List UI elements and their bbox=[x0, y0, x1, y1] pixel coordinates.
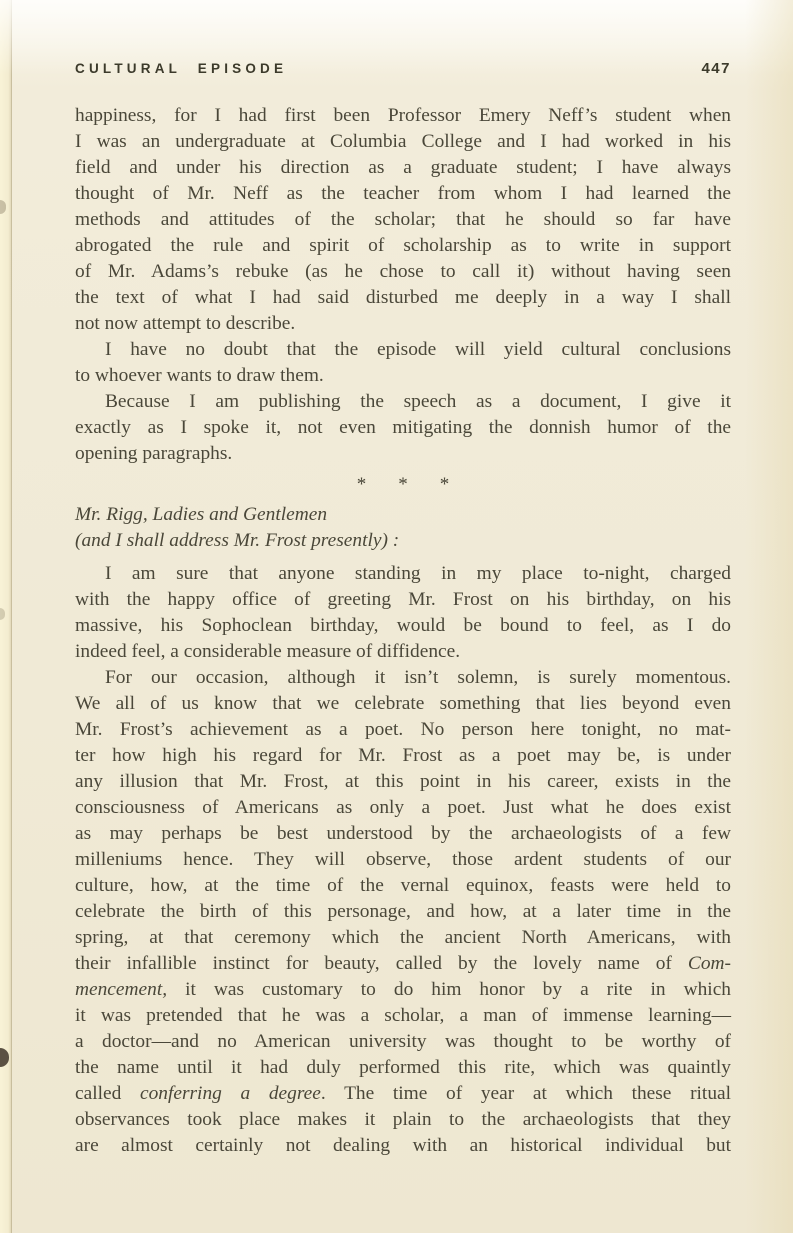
paragraph: I am sure that anyone standing in my pla… bbox=[75, 561, 731, 665]
paragraph: For our occasion, although it isn’t sole… bbox=[75, 665, 731, 1159]
text-segment: any illusion that Mr. Frost, at this poi… bbox=[75, 771, 731, 792]
text-line: milleniums hence. They will observe, tho… bbox=[75, 847, 731, 873]
text-segment: exactly as I spoke it, not even mitigati… bbox=[75, 417, 731, 438]
text-line: abrogated the rule and spirit of scholar… bbox=[75, 233, 731, 259]
text-segment: milleniums hence. They will observe, tho… bbox=[75, 849, 731, 870]
text-line: For our occasion, although it isn’t sole… bbox=[75, 665, 731, 691]
text-segment: spring, at that ceremony which the ancie… bbox=[75, 927, 731, 948]
text-line: of Mr. Adams’s rebuke (as he chose to ca… bbox=[75, 259, 731, 285]
page-content: CULTURAL EPISODE 447 happiness, for I ha… bbox=[75, 60, 731, 1159]
paragraph: I have no doubt that the episode will yi… bbox=[75, 337, 731, 389]
text-segment: Mr. Rigg, Ladies and Gentlemen bbox=[75, 504, 327, 525]
text-segment: opening paragraphs. bbox=[75, 443, 232, 464]
star-glyph: * bbox=[398, 472, 408, 498]
text-line: as may perhaps be best understood by the… bbox=[75, 821, 731, 847]
text-segment: I have no doubt that the episode will yi… bbox=[105, 339, 731, 360]
text-line: happiness, for I had first been Professo… bbox=[75, 103, 731, 129]
text-line: their infallible instinct for beauty, ca… bbox=[75, 951, 731, 977]
text-segment: I was an undergraduate at Columbia Colle… bbox=[75, 131, 731, 152]
text-line: spring, at that ceremony which the ancie… bbox=[75, 925, 731, 951]
text-segment: with the happy office of greeting Mr. Fr… bbox=[75, 589, 731, 610]
text-segment: as may perhaps be best understood by the… bbox=[75, 823, 731, 844]
scan-right-shading bbox=[745, 0, 793, 1233]
text-line: (and I shall address Mr. Frost presently… bbox=[75, 528, 731, 554]
text-line: indeed feel, a considerable measure of d… bbox=[75, 639, 731, 665]
text-segment: massive, his Sophoclean birthday, would … bbox=[75, 615, 731, 636]
text-line: I was an undergraduate at Columbia Colle… bbox=[75, 129, 731, 155]
text-segment: the text of what I had said disturbed me… bbox=[75, 287, 731, 308]
text-line: are almost certainly not dealing with an… bbox=[75, 1133, 731, 1159]
text-line: to whoever wants to draw them. bbox=[75, 363, 731, 389]
text-line: not now attempt to describe. bbox=[75, 311, 731, 337]
text-line: it was pretended that he was a scholar, … bbox=[75, 1003, 731, 1029]
text-segment: Because I am publishing the speech as a … bbox=[105, 391, 731, 412]
text-segment: the name until it had duly performed thi… bbox=[75, 1057, 731, 1078]
text-segment: field and under his direction as a gradu… bbox=[75, 157, 731, 178]
text-line: exactly as I spoke it, not even mitigati… bbox=[75, 415, 731, 441]
text-segment: (and I shall address Mr. Frost presently… bbox=[75, 530, 399, 551]
text-line: thought of Mr. Neff as the teacher from … bbox=[75, 181, 731, 207]
text-segment: a doctor—and no American university was … bbox=[75, 1031, 731, 1052]
text-segment: indeed feel, a considerable measure of d… bbox=[75, 641, 460, 662]
text-line: any illusion that Mr. Frost, at this poi… bbox=[75, 769, 731, 795]
text-segment: consciousness of Americans as only a poe… bbox=[75, 797, 731, 818]
text-line: We all of us know that we celebrate some… bbox=[75, 691, 731, 717]
text-segment: their infallible instinct for beauty, ca… bbox=[75, 953, 688, 974]
text-line: field and under his direction as a gradu… bbox=[75, 155, 731, 181]
text-segment: For our occasion, although it isn’t sole… bbox=[105, 667, 731, 688]
text-line: massive, his Sophoclean birthday, would … bbox=[75, 613, 731, 639]
page-sheet: CULTURAL EPISODE 447 happiness, for I ha… bbox=[0, 0, 793, 1233]
text-line: a doctor—and no American university was … bbox=[75, 1029, 731, 1055]
text-segment: are almost certainly not dealing with an… bbox=[75, 1135, 731, 1156]
text-segment: thought of Mr. Neff as the teacher from … bbox=[75, 183, 731, 204]
text-segment: celebrate the birth of this personage, a… bbox=[75, 901, 731, 922]
text-segment: it was customary to do him honor by a ri… bbox=[167, 979, 731, 1000]
text-segment: observances took place makes it plain to… bbox=[75, 1109, 731, 1130]
page-body: happiness, for I had first been Professo… bbox=[75, 103, 731, 1159]
text-line: methods and attitudes of the scholar; th… bbox=[75, 207, 731, 233]
text-line: I have no doubt that the episode will yi… bbox=[75, 337, 731, 363]
text-segment: culture, how, at the time of the vernal … bbox=[75, 875, 731, 896]
paragraph: Because I am publishing the speech as a … bbox=[75, 389, 731, 467]
paragraph: Mr. Rigg, Ladies and Gentlemen(and I sha… bbox=[75, 502, 731, 554]
text-segment: Com- bbox=[688, 953, 731, 974]
stars-separator: *** bbox=[75, 472, 731, 498]
text-segment: called bbox=[75, 1083, 140, 1104]
text-line: culture, how, at the time of the vernal … bbox=[75, 873, 731, 899]
text-segment: abrogated the rule and spirit of scholar… bbox=[75, 235, 731, 256]
text-segment: ter how high his regard for Mr. Frost as… bbox=[75, 745, 731, 766]
text-line: mencement, it was customary to do him ho… bbox=[75, 977, 731, 1003]
text-segment: We all of us know that we celebrate some… bbox=[75, 693, 731, 714]
text-segment: I am sure that anyone standing in my pla… bbox=[105, 563, 731, 584]
text-line: Mr. Frost’s achievement as a poet. No pe… bbox=[75, 717, 731, 743]
text-segment: it was pretended that he was a scholar, … bbox=[75, 1005, 731, 1026]
text-line: I am sure that anyone standing in my pla… bbox=[75, 561, 731, 587]
text-segment: of Mr. Adams’s rebuke (as he chose to ca… bbox=[75, 261, 731, 282]
text-line: Mr. Rigg, Ladies and Gentlemen bbox=[75, 502, 731, 528]
text-segment: to whoever wants to draw them. bbox=[75, 365, 324, 386]
text-line: called conferring a degree. The time of … bbox=[75, 1081, 731, 1107]
text-segment: conferring a degree bbox=[140, 1083, 321, 1104]
text-segment: not now attempt to describe. bbox=[75, 313, 295, 334]
page-number: 447 bbox=[701, 60, 731, 77]
text-line: observances took place makes it plain to… bbox=[75, 1107, 731, 1133]
text-line: the name until it had duly performed thi… bbox=[75, 1055, 731, 1081]
star-glyph: * bbox=[357, 472, 367, 498]
paragraph: happiness, for I had first been Professo… bbox=[75, 103, 731, 337]
text-line: ter how high his regard for Mr. Frost as… bbox=[75, 743, 731, 769]
text-line: consciousness of Americans as only a poe… bbox=[75, 795, 731, 821]
text-line: Because I am publishing the speech as a … bbox=[75, 389, 731, 415]
text-segment: mencement, bbox=[75, 979, 167, 1000]
text-line: opening paragraphs. bbox=[75, 441, 731, 467]
star-glyph: * bbox=[440, 472, 450, 498]
text-segment: happiness, for I had first been Professo… bbox=[75, 105, 731, 126]
text-segment: . The time of year at which these ritual bbox=[321, 1083, 731, 1104]
text-segment: methods and attitudes of the scholar; th… bbox=[75, 209, 731, 230]
text-segment: Mr. Frost’s achievement as a poet. No pe… bbox=[75, 719, 731, 740]
text-line: the text of what I had said disturbed me… bbox=[75, 285, 731, 311]
page-header: CULTURAL EPISODE 447 bbox=[75, 60, 731, 77]
text-line: with the happy office of greeting Mr. Fr… bbox=[75, 587, 731, 613]
text-line: celebrate the birth of this personage, a… bbox=[75, 899, 731, 925]
running-title: CULTURAL EPISODE bbox=[75, 61, 287, 76]
